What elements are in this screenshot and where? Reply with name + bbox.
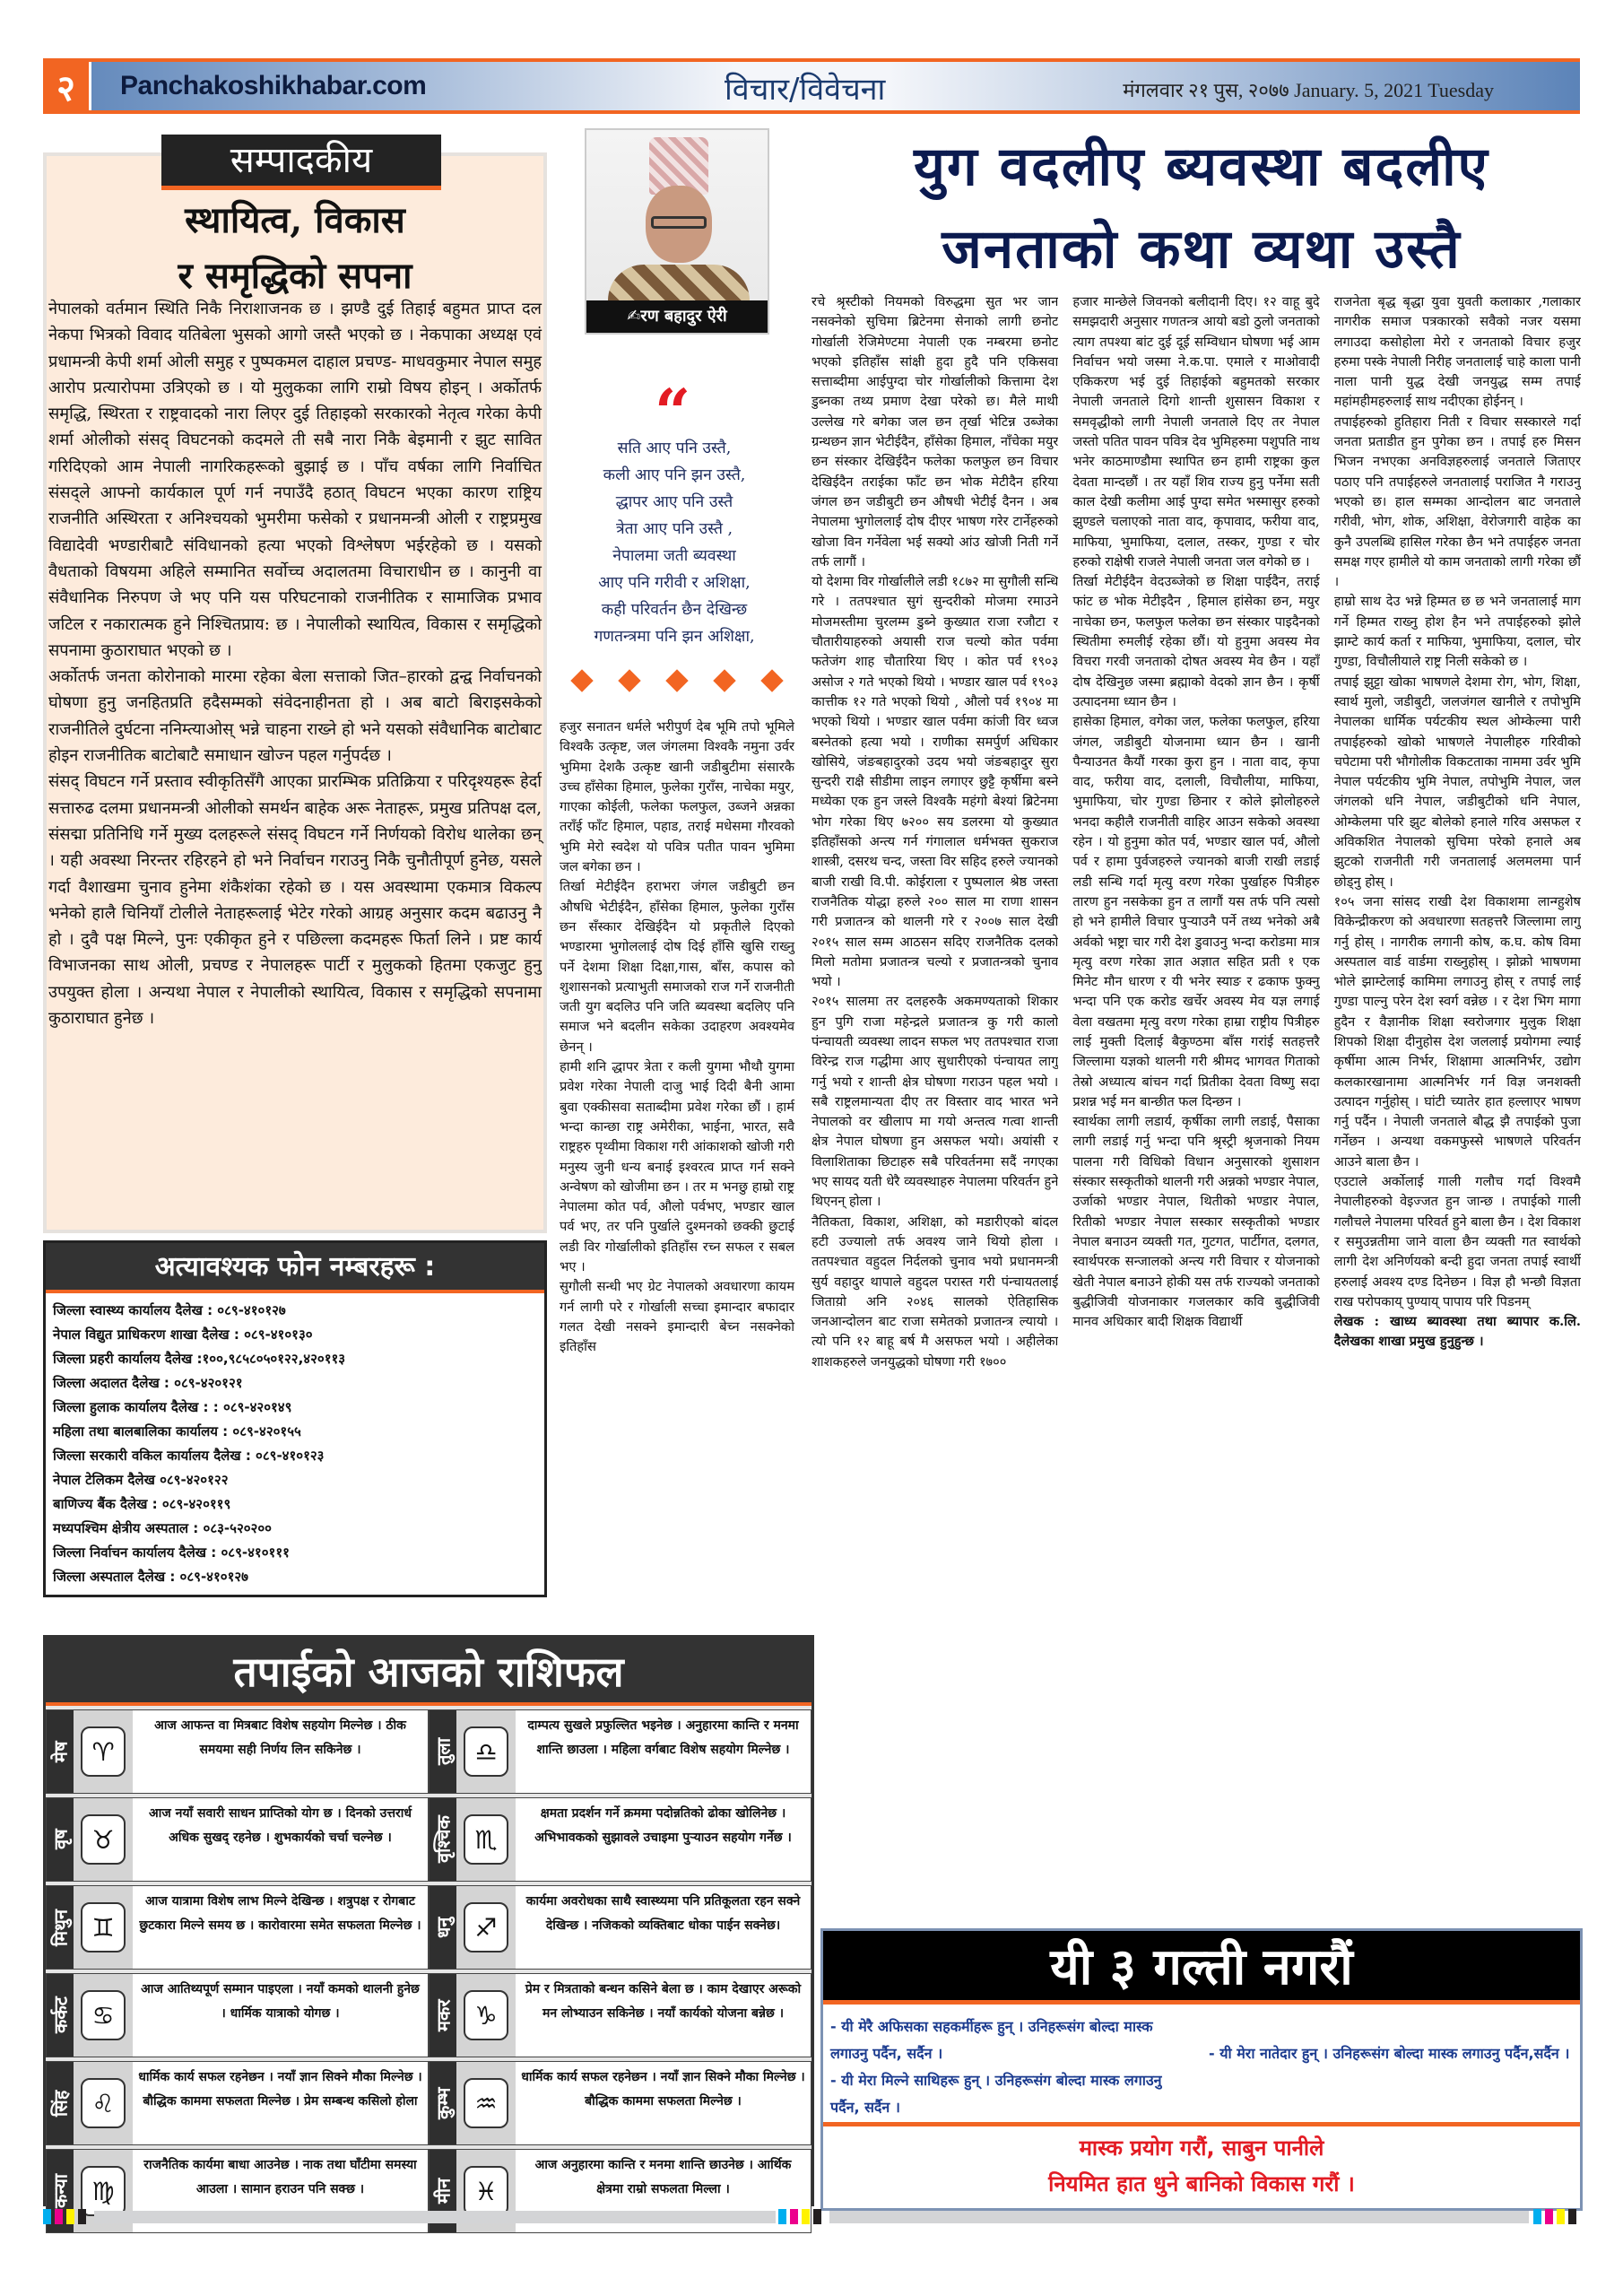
phone-entry: नेपाल टेलिकम दैलेख ०८९-४२०१२२ (53, 1468, 537, 1492)
phone-list: जिल्ला स्वास्थ्य कार्यालय दैलेख : ०८९-४१… (46, 1293, 544, 1595)
diamond-icon (665, 669, 688, 691)
sign-name: वृश्चिक (430, 1798, 456, 1881)
archer-icon: ♐ (464, 1902, 508, 1952)
emergency-phone-box: अत्यावश्यक फोन नम्बरहरू : जिल्ला स्वास्थ… (43, 1240, 547, 1597)
goat-icon: ♑ (464, 1990, 508, 2040)
scorpion-icon: ♏ (464, 1814, 508, 1865)
scales-icon: ♎ (464, 1726, 508, 1777)
registration-bar (94, 2211, 776, 2223)
quote-line: नेपालमा जती ब्यवस्था (549, 543, 800, 570)
article-paragraph: हामी शनि द्धापर त्रेता र कली युगमा भौथौ … (560, 1057, 794, 1277)
article-paragraph: तिर्खा मेटीईदैन हराभरा जंगल जडीबुटी छन औ… (560, 877, 794, 1057)
diamond-icon (760, 669, 783, 691)
phone-entry: बाणिज्य बैंक दैलेख : ०८९-४२०११९ (53, 1492, 537, 1517)
article-column-3: राजनेता बृद्ध बृद्धा युवा युवती कलाकार ,… (1334, 292, 1581, 1849)
author-photo: ✍रण बहादुर ऐरी (585, 128, 769, 335)
phone-box-title: अत्यावश्यक फोन नम्बरहरू : (46, 1243, 544, 1293)
sign-text: क्षमता प्रदर्शन गर्ने क्रममा पदोन्नतिको … (516, 1798, 811, 1881)
fish-icon: ♓ (464, 2166, 508, 2216)
phone-entry: जिल्ला प्रहरी कार्यालय दैलेख :१००,९८५८०५… (53, 1347, 537, 1371)
editorial-paragraph: संसद् विघटन गर्ने प्रस्ताव स्वीकृतिसँगै … (48, 769, 542, 1031)
sign-name: तुला (430, 1710, 456, 1793)
article-paragraph: हजुर सनातन धर्मले भरीपुर्ण देब भूमि तपो … (560, 717, 794, 877)
article-columns: रचे श्रृस्टीको नियमको विरुद्धमा सुत भर ज… (811, 292, 1581, 1849)
editorial-paragraph: अर्कोतर्फ जनता कोरोनाको मारमा रहेका बेला… (48, 664, 542, 769)
water-bearer-icon: ♒ (464, 2078, 508, 2128)
glasses-icon (651, 216, 707, 229)
ad-footer: मास्क प्रयोग गरौं, साबुन पानीले नियमित ह… (823, 2126, 1580, 2202)
quote-line: कली आए पनि झन उस्तै, (549, 462, 800, 489)
quote-line: गणतन्त्रमा पनि झन अशिक्षा, (549, 623, 800, 650)
section-title: विचार/विवेचना (725, 67, 885, 109)
phone-entry: जिल्ला स्वास्थ्य कार्यालय दैलेख : ०८९-४१… (53, 1299, 537, 1323)
sign-name: वृष (47, 1798, 74, 1881)
sign-text: आज आफन्त वा मित्रबाट विशेष सहयोग मिल्नेछ… (133, 1710, 428, 1793)
editorial-title-line1: स्थायित्व, विकास (43, 193, 547, 248)
article-paragraph: १०५ जना सांसद राखी देश विकाशमा लान्ग्हुश… (1334, 892, 1581, 1172)
article-middle-column: हजुर सनातन धर्मले भरीपुर्ण देब भूमि तपो … (560, 717, 794, 1358)
registration-bar (829, 2211, 1529, 2223)
quote-line: द्धापर आए पनि उस्तै (549, 489, 800, 516)
sign-text: आज आतिथ्यपूर्ण सम्मान पाइएला । नयाँ कमको… (133, 1974, 428, 2057)
sign-taurus: वृष ♉ आज नयाँ सवारी साधन प्राप्तिको योग … (46, 1797, 429, 1882)
ad-item: - यी मेरै अफिसका सहकर्मीहरू हुन् । उनिहर… (830, 2013, 1194, 2067)
article-paragraph: हजार मान्छेले जिवनको बलीदानी दिए। १२ वाह… (1072, 292, 1319, 572)
ad-item: - यी मेरा नातेदार हुन् । उनिहरूसंग बोल्द… (1209, 2040, 1573, 2067)
quote-line: सति आए पनि उस्तै, (549, 435, 800, 462)
sign-capricorn: मकर ♑ प्रेम र मित्रताको बन्धन कसिने बेला… (429, 1973, 811, 2057)
sign-cancer: कर्कट ♋ आज आतिथ्यपूर्ण सम्मान पाइएला । न… (46, 1973, 429, 2057)
sign-leo: सिंह ♌ धार्मिक कार्य सफल रहनेछन । नयाँ ज… (46, 2061, 429, 2145)
quote-line: आए पनि गरीवी र अशिक्षा, (549, 570, 800, 596)
article-paragraph: एउटाले अर्कोलाई गाली गलौच गर्दा विश्वमै … (1334, 1172, 1581, 1312)
ad-title: यी ३ गल्ती नगरौं (823, 1931, 1580, 2005)
horoscope-box: तपाईको आजको राशिफल मेष ♈ आज आफन्त वा मित… (43, 1635, 814, 2206)
maiden-icon: ♍ (81, 2166, 126, 2216)
phone-entry: मध्यपश्चिम क्षेत्रीय अस्पताल : ०८३-५२०२०… (53, 1517, 537, 1541)
author-note: लेखक : खाध्य ब्यावस्था तथा ब्यापार क.लि.… (1334, 1312, 1581, 1352)
quote-line: त्रेता आए पनि उस्तै , (549, 516, 800, 543)
phone-entry: नेपाल विद्युत प्राधिकरण शाखा दैलेख : ०८९… (53, 1323, 537, 1347)
article-paragraph: राजनेता बृद्ध बृद्धा युवा युवती कलाकार ,… (1334, 292, 1581, 413)
diamond-divider (574, 673, 780, 689)
article-paragraph: तपाई झुट्टा खोका भाषणले देशमा रोग, भोग, … (1334, 673, 1581, 892)
diamond-icon (713, 669, 735, 691)
sign-name: मेष (47, 1710, 74, 1793)
quote-line: कही परिवर्तन छैन देखिन्छ (549, 596, 800, 623)
pull-quote: सति आए पनि उस्तै, कली आए पनि झन उस्तै, द… (549, 435, 800, 650)
headline-line2: जनताको कथा व्यथा उस्तै (843, 208, 1560, 291)
masthead: २ Panchakoshikhabar.com विचार/विवेचना मं… (43, 58, 1580, 114)
sign-sagittarius: धनु ♐ कार्यमा अवरोधका साथै स्वास्थ्यमा प… (429, 1885, 811, 1970)
sign-text: धार्मिक कार्य सफल रहनेछन । नयाँ ज्ञान सि… (516, 2062, 811, 2144)
sign-name: कुम्भ (430, 2062, 456, 2144)
article-paragraph: तिर्खा मेटीईदैन वेदउब्जेको छ शिक्षा पाईद… (1072, 572, 1319, 712)
article-paragraph: २०१५ सालमा तर दलहरुकै अकमण्यताको शिकार ह… (811, 992, 1058, 1212)
site-name[interactable]: Panchakoshikhabar.com (120, 71, 426, 101)
covid-awareness-ad: यी ३ गल्ती नगरौं - यी मेरै अफिसका सहकर्म… (820, 1928, 1583, 2211)
horoscope-title: तपाईको आजको राशिफल (46, 1638, 811, 1706)
horoscope-grid: मेष ♈ आज आफन्त वा मित्रबाट विशेष सहयोग म… (46, 1706, 811, 2233)
article-paragraph: तपाईहरुको हुतिहारा निती र विचार सस्कारले… (1334, 413, 1581, 593)
sign-aries: मेष ♈ आज आफन्त वा मित्रबाट विशेष सहयोग म… (46, 1709, 429, 1794)
sign-text: कार्यमा अवरोधका साथै स्वास्थ्यमा पनि प्र… (516, 1886, 811, 1969)
phone-entry: जिल्ला निर्वाचन कार्यालय दैलेख : ०८९-४१०… (53, 1541, 537, 1565)
sign-name: धनु (430, 1886, 456, 1969)
editorial-tag: सम्पादकीय (161, 135, 441, 190)
phone-entry: जिल्ला अदालत दैलेख : ०८९-४२०१२१ (53, 1371, 537, 1396)
ad-item: - यी मेरा मिल्ने साथिहरू हुन् । उनिहरूसं… (830, 2067, 1194, 2121)
editorial-body: नेपालको वर्तमान स्थिति निकै निराशाजनक छ … (48, 296, 542, 1031)
ad-footer-line2: नियमित हात धुने बानिको विकास गरौं । (823, 2166, 1580, 2202)
article-paragraph: स्वार्थका लागी लडार्य, कृर्षीका लागी लडा… (1072, 1112, 1319, 1332)
phone-entry: जिल्ला सरकारी वकिल कार्यालय दैलेख : ०८९-… (53, 1444, 537, 1468)
diamond-icon (618, 669, 640, 691)
article-column-1: रचे श्रृस्टीको नियमको विरुद्धमा सुत भर ज… (811, 292, 1058, 1849)
sign-libra: तुला ♎ दाम्पत्य सुखले प्रफुल्लित भइनेछ ।… (429, 1709, 811, 1794)
sign-text: दाम्पत्य सुखले प्रफुल्लित भइनेछ । अनुहार… (516, 1710, 811, 1793)
diamond-icon (570, 669, 593, 691)
sign-aquarius: कुम्भ ♒ धार्मिक कार्य सफल रहनेछन । नयाँ … (429, 2061, 811, 2145)
article-paragraph: रचे श्रृस्टीको नियमको विरुद्धमा सुत भर ज… (811, 292, 1058, 572)
twins-icon: ♊ (81, 1902, 126, 1952)
sign-text: आज यात्रामा विशेष लाभ मिल्ने देखिन्छ । श… (133, 1886, 428, 1969)
editorial-title: स्थायित्व, विकास र समृद्धिको सपना (43, 193, 547, 304)
article-column-2: हजार मान्छेले जिवनको बलीदानी दिए। १२ वाह… (1072, 292, 1319, 1849)
article-paragraph: हाम्रो साथ देउ भन्ने हिम्मत छ छ भने जनता… (1334, 592, 1581, 672)
sign-text: आज नयाँ सवारी साधन प्राप्तिको योग छ । दि… (133, 1798, 428, 1881)
article-paragraph: हासेका हिमाल, वगेका जल, फलेका फलफुल, हरि… (1072, 712, 1319, 1112)
article-paragraph: नैतिकता, विकाश, अशिक्षा, को मडारीएको बां… (811, 1213, 1058, 1372)
author-name: ✍रण बहादुर ऐरी (586, 300, 768, 333)
sign-text: धार्मिक कार्य सफल रहनेछन । नयाँ ज्ञान सि… (133, 2062, 428, 2144)
sign-name: मकर (430, 1974, 456, 2057)
ad-list: - यी मेरै अफिसका सहकर्मीहरू हुन् । उनिहर… (823, 2005, 1580, 2126)
crab-icon: ♋ (81, 1990, 126, 2040)
article-paragraph: सुगौली सन्धी भए ग्रेट नेपालको अवधारणा का… (560, 1277, 794, 1357)
bull-icon: ♉ (81, 1814, 126, 1865)
dateline: मंगलवार २१ पुस, २०७७ January. 5, 2021 Tu… (1123, 76, 1494, 103)
headline-line1: युग वदलीए ब्यवस्था बदलीए (843, 126, 1560, 208)
ram-icon: ♈ (81, 1726, 126, 1777)
sign-scorpio: वृश्चिक ♏ क्षमता प्रदर्शन गर्ने क्रममा प… (429, 1797, 811, 1882)
sign-name: कर्कट (47, 1974, 74, 2057)
sign-text: प्रेम र मित्रताको बन्धन कसिने बेला छ । क… (516, 1974, 811, 2057)
color-swatches (778, 2209, 821, 2224)
phone-entry: जिल्ला हुलाक कार्यालय दैलेख : : ०८९-४२०१… (53, 1396, 537, 1420)
article-paragraph: यो देशमा विर गोर्खालीले लडी १८७२ मा सुगौ… (811, 572, 1058, 992)
phone-entry: जिल्ला अस्पताल दैलेख : ०८९-४१०१२७ (53, 1565, 537, 1589)
sign-gemini: मिथुन ♊ आज यात्रामा विशेष लाभ मिल्ने देख… (46, 1885, 429, 1970)
color-swatches (1533, 2209, 1576, 2224)
main-headline: युग वदलीए ब्यवस्था बदलीए जनताको कथा व्यथ… (843, 126, 1560, 291)
phone-entry: महिला तथा बालबालिका कार्यालय : ०८९-४२०१५… (53, 1420, 537, 1444)
ad-footer-line1: मास्क प्रयोग गरौं, साबुन पानीले (823, 2130, 1580, 2166)
editorial-paragraph: नेपालको वर्तमान स्थिति निकै निराशाजनक छ … (48, 296, 542, 664)
sweater-icon (608, 265, 750, 304)
color-swatches (43, 2209, 86, 2224)
sign-name: मिथुन (47, 1886, 74, 1969)
page-number: २ (43, 62, 91, 110)
lion-icon: ♌ (81, 2078, 126, 2128)
sign-name: सिंह (47, 2062, 74, 2144)
